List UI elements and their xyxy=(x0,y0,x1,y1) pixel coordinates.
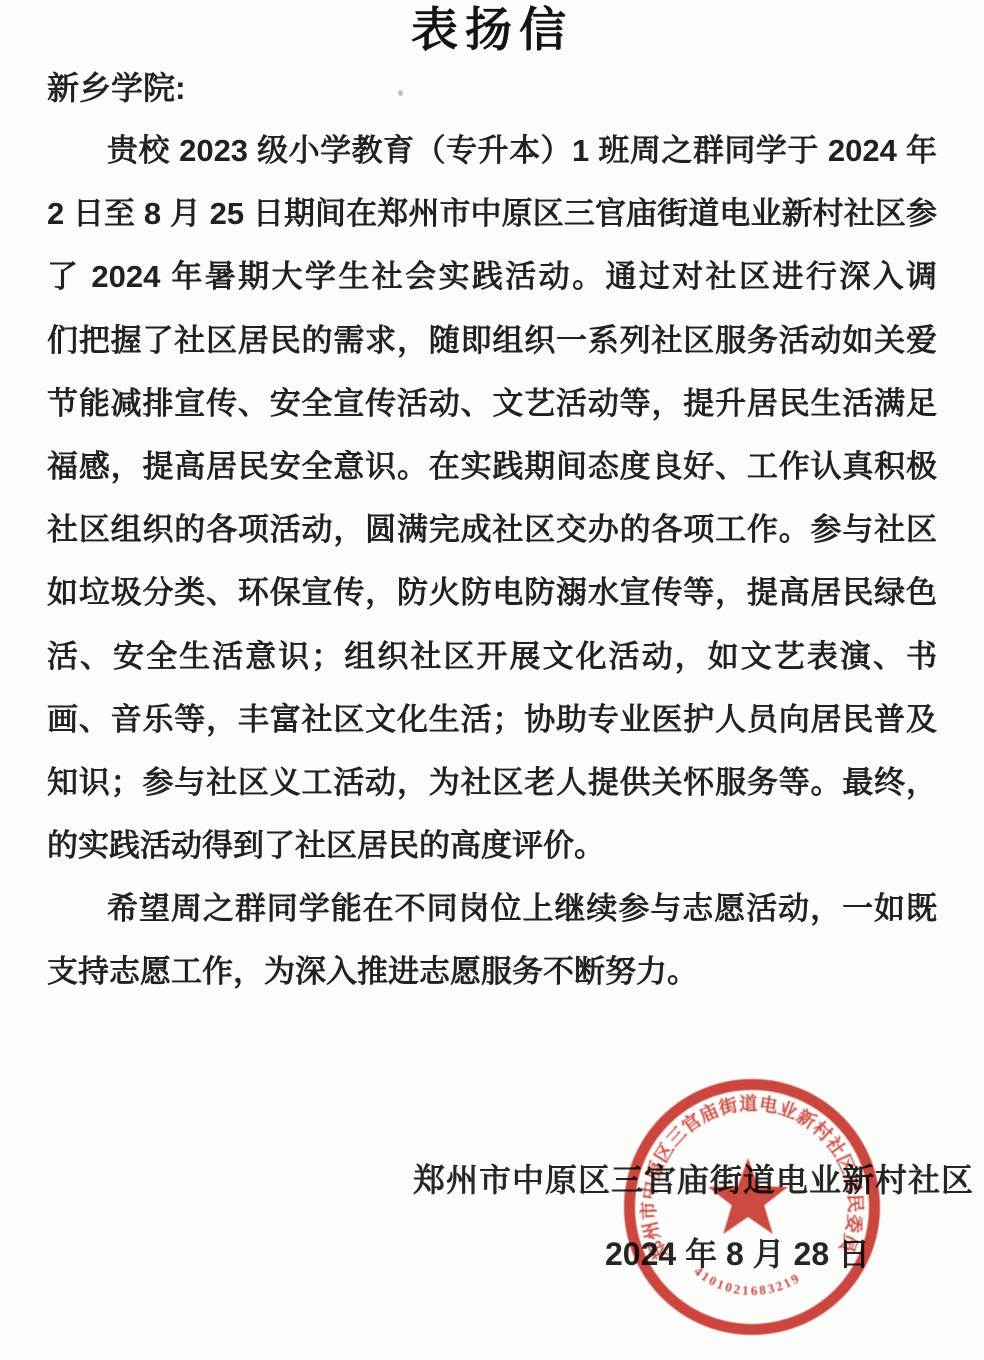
body-line: 福感，提高居民安全意识。在实践期间态度良好、工作认真积极参与 xyxy=(47,435,937,498)
body-line: 社区组织的各项活动，圆满完成社区交办的各项工作。参与社区活动， xyxy=(47,498,937,561)
official-seal: 郑州市中原区三官庙街道电业新村社区居民委员会 4101021683219 xyxy=(617,1072,887,1342)
body-line: 2 日至 8 月 25 日期间在郑州市中原区三官庙街道电业新村社区参与 xyxy=(47,182,937,245)
letter-title: 表扬信 xyxy=(0,2,984,58)
letter-page: 表扬信 新乡学院: 贵校 2023 级小学教育（专升本）1 班周之群同学于 20… xyxy=(0,0,984,1360)
body-line: 们把握了社区居民的需求，随即组织一系列社区服务活动如关爱老人、 xyxy=(47,309,937,372)
letter-body: 贵校 2023 级小学教育（专升本）1 班周之群同学于 2024 年 7 月 2… xyxy=(47,119,937,1004)
body-line: 节能减排宣传、安全宣传活动、文艺活动等，提升居民生活满足感幸 xyxy=(47,372,937,435)
salutation: 新乡学院: xyxy=(47,70,186,106)
body-line: 了 2024 年暑期大学生社会实践活动。通过对社区进行深入调研，我 xyxy=(47,245,937,308)
body-line: 支持志愿工作，为深入推进志愿服务不断努力。 xyxy=(47,940,937,1003)
body-line: 希望周之群同学能在不同岗位上继续参与志愿活动，一如既往的 xyxy=(47,877,937,940)
seal-serial-number: 4101021683219 xyxy=(691,1263,803,1298)
body-line: 如垃圾分类、环保宣传，防火防电防溺水宣传等，提高居民绿色是生 xyxy=(47,561,937,624)
body-line: 的实践活动得到了社区居民的高度评价。 xyxy=(47,814,937,877)
body-line: 画、音乐等，丰富社区文化生活；协助专业医护人员向居民普及健康 xyxy=(47,688,937,751)
star-icon xyxy=(708,1158,788,1234)
scan-artifact-dot xyxy=(398,90,403,96)
body-line: 活、安全生活意识；组织社区开展文化活动，如文艺表演、书法、绘 xyxy=(47,625,937,688)
body-line: 贵校 2023 级小学教育（专升本）1 班周之群同学于 2024 年 7 月 xyxy=(47,119,937,182)
body-line: 知识；参与社区义工活动，为社区老人提供关怀服务等。最终，我们 xyxy=(47,751,937,814)
seal-ring-text: 郑州市中原区三官庙街道电业新村社区居民委员会 xyxy=(617,1072,866,1264)
